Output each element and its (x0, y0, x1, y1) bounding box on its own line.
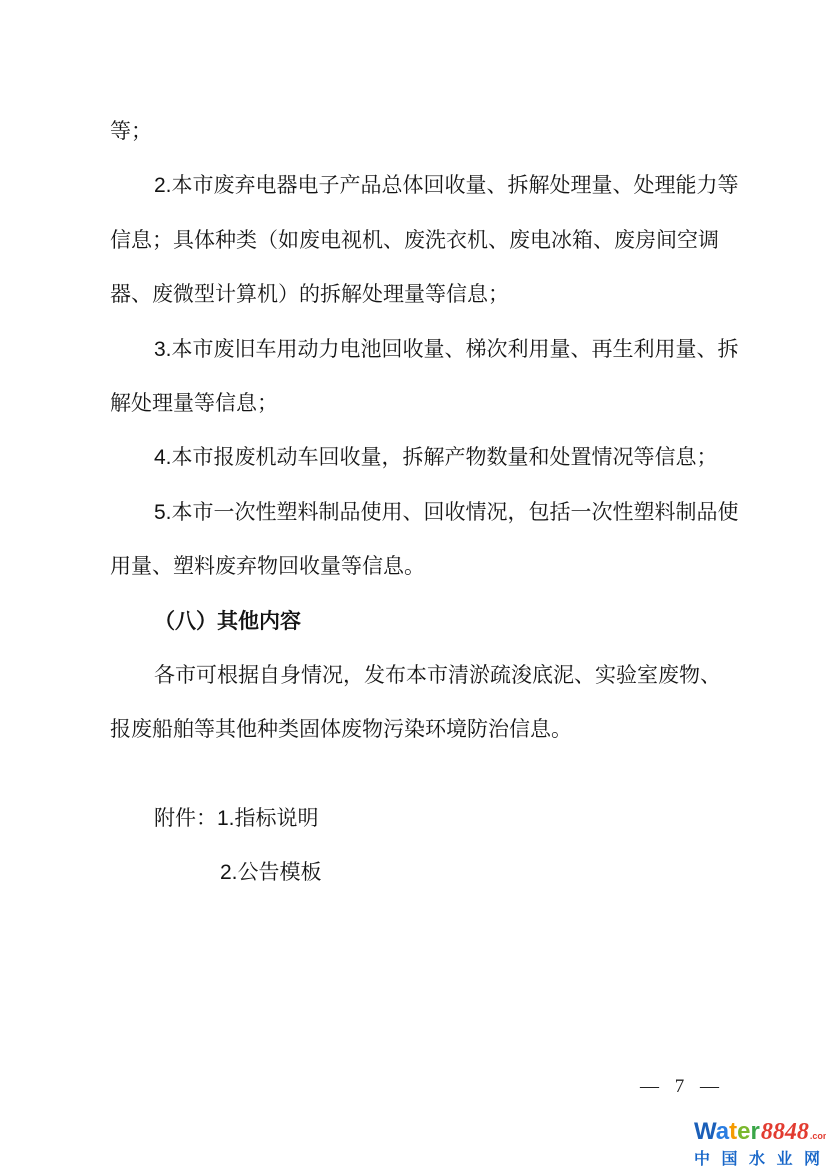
text-line: 附件：1.指标说明 (110, 792, 718, 846)
logo-wordmark-letters: Water (694, 1118, 760, 1146)
text-line: 器、废微型计算机）的拆解处理量等信息； (110, 268, 718, 322)
document-body: 等；2.本市废弃电器电子产品总体回收量、拆解处理量、处理能力等信息；具体种类（如… (110, 105, 718, 900)
document-page: 等；2.本市废弃电器电子产品总体回收量、拆解处理量、处理能力等信息；具体种类（如… (0, 0, 826, 1169)
text-line: 5.本市一次性塑料制品使用、回收情况，包括一次性塑料制品使 (110, 486, 718, 540)
logo-tagline-char: 中 (694, 1146, 710, 1169)
logo-letter: W (694, 1118, 716, 1145)
text-line: 报废船舶等其他种类固体废物污染环境防治信息。 (110, 703, 718, 757)
text-line: 各市可根据自身情况，发布本市清淤疏浚底泥、实验室废物、 (110, 649, 718, 703)
page-number: — 7 — (640, 1076, 720, 1098)
text-line: 解处理量等信息； (110, 377, 718, 431)
text-line: 信息；具体种类（如废电视机、废洗衣机、废电冰箱、废房间空调 (110, 214, 718, 268)
logo-tagline: 中国水业网 (694, 1146, 820, 1169)
text-line: 2.本市废弃电器电子产品总体回收量、拆解处理量、处理能力等 (110, 159, 718, 213)
text-line: （八）其他内容 (110, 595, 718, 649)
logo-wordmark: Water8848.com (694, 1118, 824, 1144)
logo-letter: e (737, 1118, 750, 1145)
text-line: 3.本市废旧车用动力电池回收量、梯次利用量、再生利用量、拆 (110, 323, 718, 377)
logo-letter: t (729, 1118, 737, 1145)
logo-number: 8848 (761, 1119, 809, 1146)
logo-tld-label: .com (810, 1131, 826, 1141)
watermark-logo: Water8848.com 中国水业网 (694, 1118, 824, 1169)
text-line: 用量、塑料废弃物回收量等信息。 (110, 540, 718, 594)
logo-letter: r (750, 1118, 759, 1145)
text-line: 等； (110, 105, 718, 159)
blank-line (110, 758, 718, 792)
logo-tagline-char: 业 (776, 1146, 792, 1169)
logo-tagline-char: 水 (749, 1146, 765, 1169)
logo-tagline-char: 国 (721, 1146, 737, 1169)
logo-letter: a (716, 1118, 729, 1145)
text-line: 2.公告模板 (110, 846, 718, 900)
logo-tagline-char: 网 (804, 1146, 820, 1169)
text-line: 4.本市报废机动车回收量，拆解产物数量和处置情况等信息； (110, 431, 718, 485)
